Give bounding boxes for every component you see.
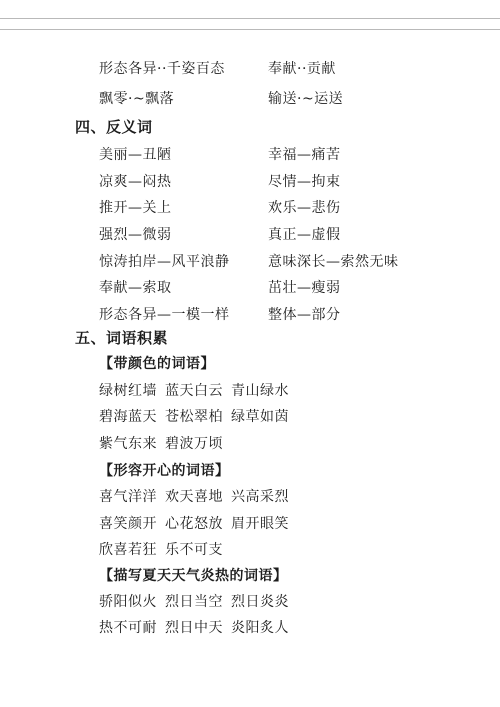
word-item: 热不可耐 xyxy=(99,620,157,637)
word-row: 绿树红墙 蓝天白云 青山绿水 xyxy=(99,383,289,400)
antonym-pair: 强烈—微弱 xyxy=(99,227,172,244)
word-item: 烈日当空 xyxy=(165,594,223,611)
synonym-pair: 飘零·~飘落 xyxy=(99,91,174,108)
word-item: 苍松翠柏 xyxy=(165,409,223,426)
antonym-pair: 惊涛拍岸—风平浪静 xyxy=(99,254,230,271)
antonym-pair: 凉爽—闷热 xyxy=(99,174,172,191)
antonym-pair: 推开—关上 xyxy=(99,200,172,217)
synonym-pair: 输送·~运送 xyxy=(268,91,343,108)
antonym-pair: 整体—部分 xyxy=(268,307,341,324)
synonym-pair: 奉献··贡献 xyxy=(268,61,336,78)
word-item: 骄阳似火 xyxy=(99,594,157,611)
word-item: 绿草如茵 xyxy=(231,409,289,426)
synonym-pair: 形态各异··千姿百态 xyxy=(99,61,225,78)
antonym-pair: 尽情—拘束 xyxy=(268,174,341,191)
antonym-pair: 真正—虚假 xyxy=(268,227,341,244)
word-row: 欣喜若狂 乐不可支 xyxy=(99,542,223,559)
word-row: 紫气东来 碧波万顷 xyxy=(99,436,223,453)
word-item: 青山绿水 xyxy=(231,383,289,400)
word-row: 碧海蓝天 苍松翠柏 绿草如茵 xyxy=(99,409,289,426)
header-rule-bottom xyxy=(0,29,500,30)
word-item: 兴高采烈 xyxy=(231,489,289,506)
word-row: 喜笑颜开 心花怒放 眉开眼笑 xyxy=(99,516,289,533)
group-title-color-words: 【带颜色的词语】 xyxy=(99,356,215,373)
word-item: 乐不可支 xyxy=(165,542,223,559)
document-page: 形态各异··千姿百态 奉献··贡献 飘零·~飘落 输送·~运送 四、反义词 美丽… xyxy=(0,0,500,707)
word-item: 欢天喜地 xyxy=(165,489,223,506)
section-heading-antonyms: 四、反义词 xyxy=(75,119,153,136)
section-heading-accumulation: 五、词语积累 xyxy=(75,330,168,347)
antonym-pair: 美丽—丑陋 xyxy=(99,147,172,164)
header-rule-top xyxy=(0,18,500,19)
word-item: 喜笑颜开 xyxy=(99,516,157,533)
word-item: 喜气洋洋 xyxy=(99,489,157,506)
antonym-pair: 茁壮—瘦弱 xyxy=(268,280,341,297)
antonym-pair: 形态各异—一模一样 xyxy=(99,307,230,324)
word-item: 碧海蓝天 xyxy=(99,409,157,426)
antonym-pair: 幸福—痛苦 xyxy=(268,147,341,164)
word-item: 炎阳炙人 xyxy=(231,620,289,637)
word-item: 欣喜若狂 xyxy=(99,542,157,559)
group-title-happy-words: 【形容开心的词语】 xyxy=(99,463,230,480)
word-item: 烈日中天 xyxy=(165,620,223,637)
antonym-pair: 意味深长—索然无味 xyxy=(268,254,399,271)
word-item: 绿树红墙 xyxy=(99,383,157,400)
word-row: 喜气洋洋 欢天喜地 兴高采烈 xyxy=(99,489,289,506)
word-row: 骄阳似火 烈日当空 烈日炎炎 xyxy=(99,594,289,611)
antonym-pair: 欢乐—悲伤 xyxy=(268,200,341,217)
word-item: 烈日炎炎 xyxy=(231,594,289,611)
word-row: 热不可耐 烈日中天 炎阳炙人 xyxy=(99,620,289,637)
word-item: 眉开眼笑 xyxy=(231,516,289,533)
antonym-pair: 奉献—索取 xyxy=(99,280,172,297)
word-item: 心花怒放 xyxy=(165,516,223,533)
word-item: 碧波万顷 xyxy=(165,436,223,453)
word-item: 蓝天白云 xyxy=(165,383,223,400)
group-title-hot-summer-words: 【描写夏天天气炎热的词语】 xyxy=(99,568,288,585)
word-item: 紫气东来 xyxy=(99,436,157,453)
